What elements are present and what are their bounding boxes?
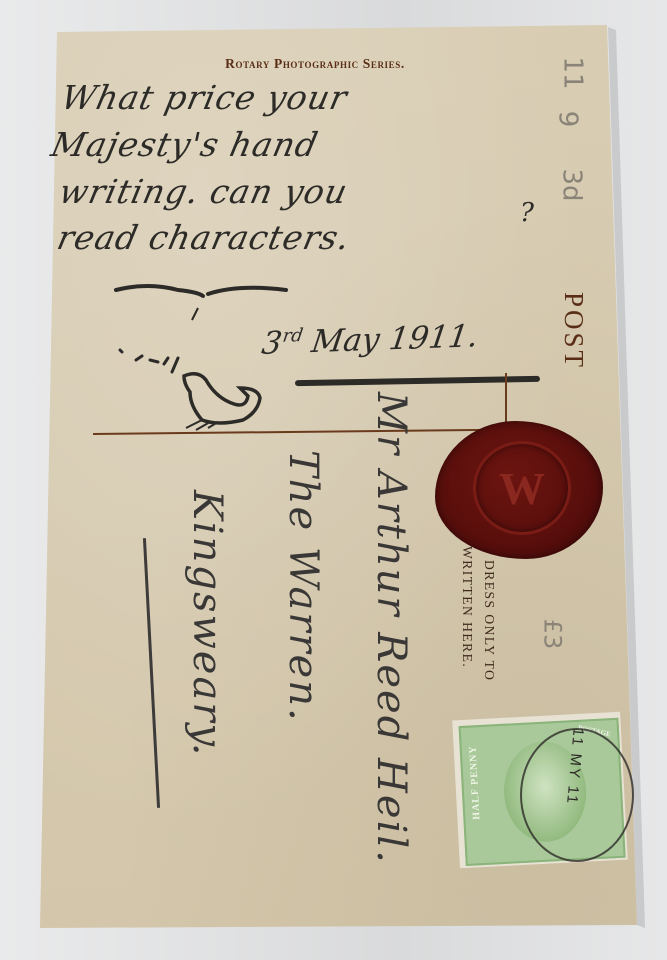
post-printed-label: POST — [558, 292, 589, 370]
message-line-1: What price your — [58, 78, 351, 117]
address-instruction-2: WRITTEN HERE. — [459, 546, 475, 668]
pencil-note-3: 3d — [557, 168, 587, 201]
date-suffix: rd — [281, 325, 304, 347]
date-written: 3rd May 1911. — [260, 318, 481, 362]
address-line-3: Kingsweary. — [184, 490, 230, 757]
pencil-price-mark: £3 — [538, 619, 566, 650]
pencil-note-1: 11 — [558, 56, 588, 89]
message-line-4: read characters. — [54, 218, 354, 257]
series-title: Rotary Photographic Series. — [0, 56, 630, 72]
wax-seal: W — [435, 421, 603, 559]
seal-monogram: W — [473, 441, 571, 535]
address-line-1: Mr Arthur Reed Heil. — [368, 392, 414, 865]
date-month-year: May 1911. — [309, 318, 480, 360]
message-line-3: writing. can you — [56, 172, 352, 211]
address-instruction-1: DRESS ONLY TO — [481, 560, 497, 681]
question-mark: ? — [520, 198, 534, 228]
message-line-2: Majesty's hand — [48, 125, 322, 164]
stamp-denomination: HALF PENNY — [468, 745, 483, 820]
pencil-note-2: 9 — [552, 111, 582, 128]
address-line-2: The Warren. — [280, 450, 326, 723]
